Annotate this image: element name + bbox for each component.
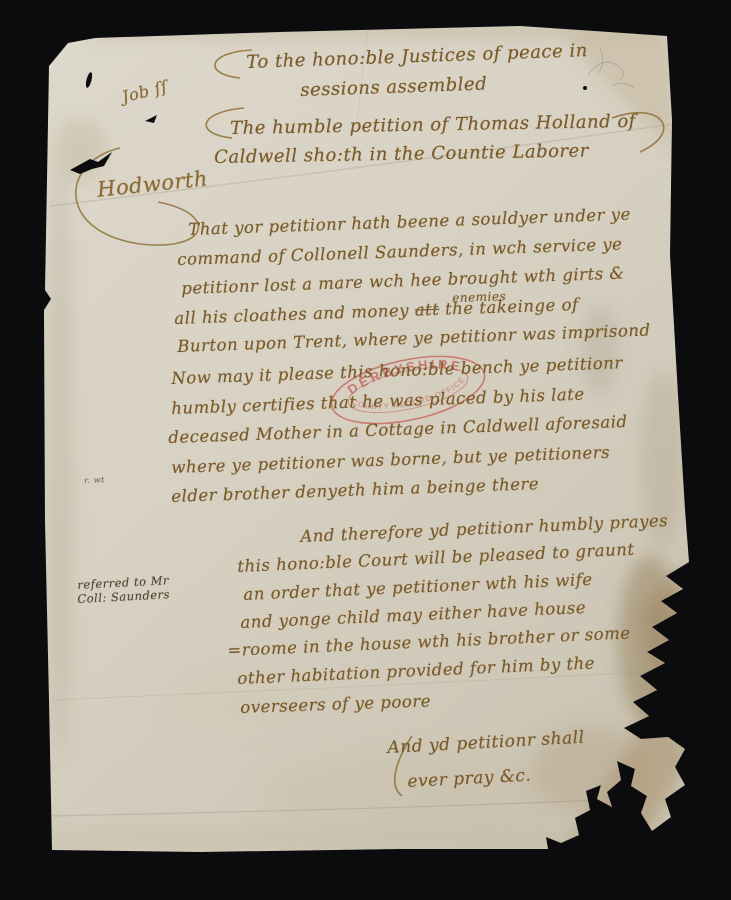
hole-dot bbox=[583, 86, 587, 90]
body1-line-4-struck-word: att bbox=[414, 300, 439, 320]
faint-margin-note: r. wt bbox=[84, 475, 105, 485]
photo-stage: DERBYSHIRE COUNTY RECORD OFFICE To the h… bbox=[0, 0, 731, 900]
